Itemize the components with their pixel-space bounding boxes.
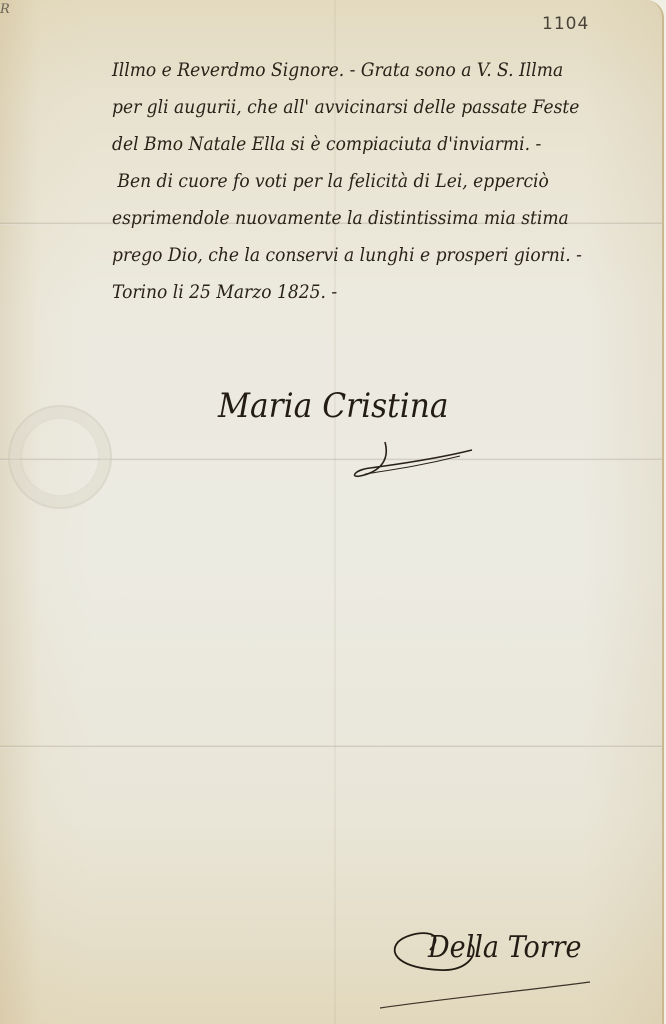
letter-dateline: Torino li 25 Marzo 1825. - [112, 274, 616, 311]
letter-line: Illmo e Reverdmo Signore. - Grata sono a… [112, 52, 616, 89]
letter-body: Illmo e Reverdmo Signore. - Grata sono a… [112, 52, 666, 311]
signature-flourish-icon [350, 440, 480, 485]
countersignature: Della Torre [428, 930, 582, 965]
letter-line: per gli augurii, che all' avvicinarsi de… [112, 89, 616, 126]
signature-maria-cristina: Maria Cristina [218, 386, 449, 426]
embossed-seal [8, 405, 112, 509]
paper-fold-line [0, 745, 662, 748]
corner-mark: R [0, 2, 10, 17]
letter-line: prego Dio, che la conservi a lunghi e pr… [112, 237, 616, 274]
letter-line: esprimendole nuovamente la distintissima… [112, 200, 616, 237]
archive-number: 1104 [542, 14, 589, 34]
letter-line: del Bmo Natale Ella si è compiaciuta d'i… [112, 126, 616, 163]
letter-line: Ben di cuore fo voti per la felicità di … [112, 163, 616, 200]
letter-paper: R 1104 Illmo e Reverdmo Signore. - Grata… [0, 0, 664, 1024]
